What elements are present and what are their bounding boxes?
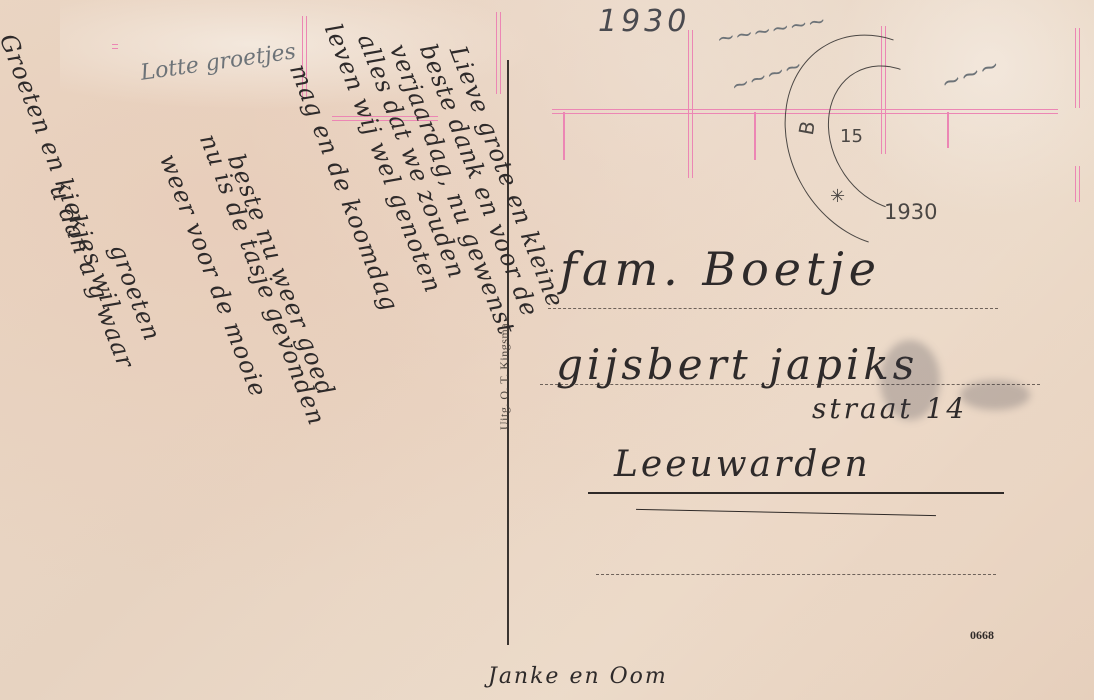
stamp-box-tick [754, 112, 756, 160]
message-signature: Janke en Oom [488, 664, 668, 689]
stamp-box-tick [563, 112, 565, 160]
postmark-day: 15 [840, 126, 863, 147]
cancellation-scribble: ~~~~~~ [715, 9, 828, 53]
ink-smudge [960, 380, 1030, 410]
ink-smudge [880, 340, 940, 420]
address-line-2: gijsbert japiks [556, 340, 918, 389]
stamp-guide-line [112, 44, 118, 49]
serial-number: 0668 [970, 628, 994, 643]
postcard-back: 1930 ~~~~~~ ~~~~ ~~~ B 15 ✳ 1930 Uitg. O… [0, 0, 1094, 700]
address-guide-line-1 [548, 308, 998, 309]
address-guide-line-4 [596, 574, 996, 575]
stamp-box-guide [688, 30, 693, 178]
postmark-star: ✳ [830, 186, 845, 207]
stamp-box-guide [1075, 166, 1080, 202]
pencil-year-note: 1930 [598, 4, 690, 39]
publisher-imprint: Uitg. O. T. Kingsma [497, 323, 512, 430]
address-line-1: fam. Boetje [560, 242, 881, 296]
address-underline [588, 492, 1004, 494]
stamp-guide-line [496, 12, 501, 94]
stamp-box-guide [1075, 28, 1080, 108]
address-stroke [636, 509, 936, 516]
postmark-year: 1930 [884, 200, 937, 224]
address-line-4: Leeuwarden [614, 444, 871, 485]
